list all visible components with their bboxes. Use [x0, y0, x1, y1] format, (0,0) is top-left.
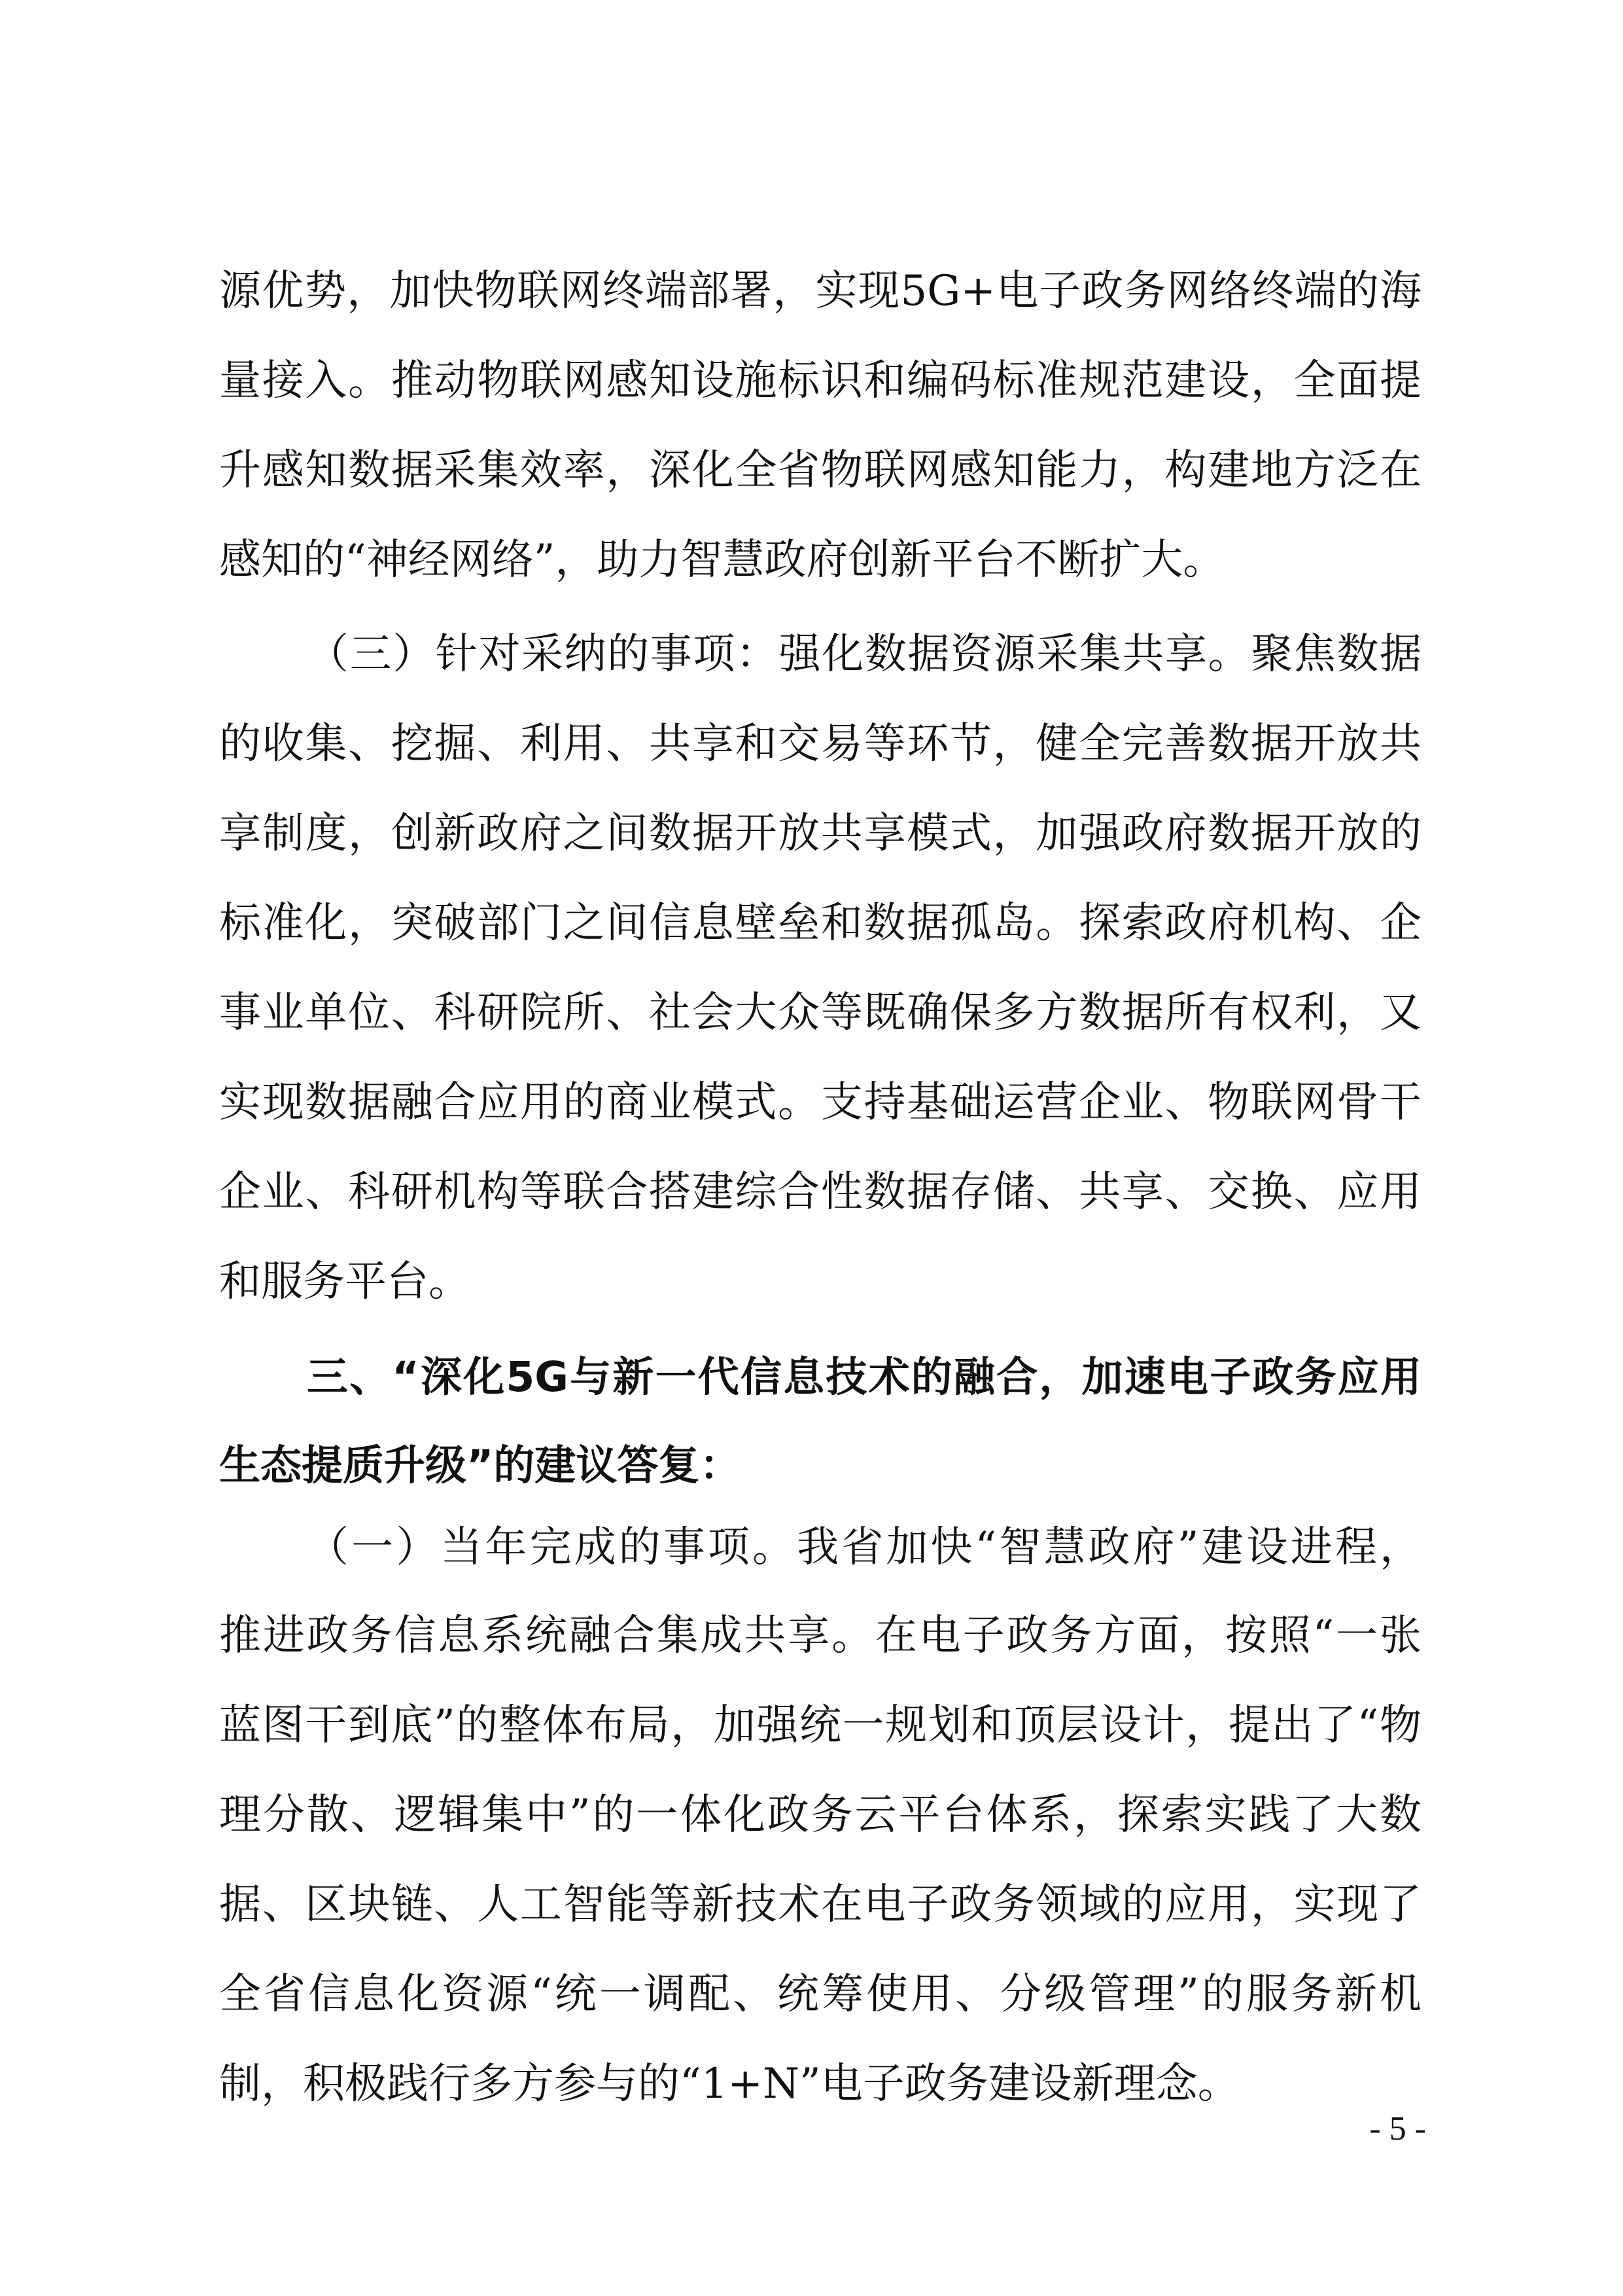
- page-number: - 5 -: [1321, 2108, 1426, 2150]
- paragraph-line: 和服务平台。: [219, 1256, 1422, 1308]
- paragraph-line: 量接入。推动物联网感知设施标识和编码标准规范建设，全面提: [219, 355, 1422, 407]
- section-heading: 三、“深化5G与新一代信息技术的融合，加速电子政务应用: [307, 1351, 1422, 1404]
- paragraph-line: 标准化，突破部门之间信息壁垒和数据孤岛。探索政府机构、企: [219, 897, 1422, 949]
- paragraph-line: 享制度，创新政府之间数据开放共享模式，加强政府数据开放的: [219, 807, 1422, 860]
- paragraph-line: 企业、科研机构等联合搭建综合性数据存储、共享、交换、应用: [219, 1166, 1422, 1218]
- section-heading: 生态提质升级”的建议答复：: [219, 1439, 1422, 1492]
- subsection-heading-line: （一）当年完成的事项。我省加快“智慧政府”建设进程，: [307, 1521, 1422, 1574]
- paragraph-line: 制，积极践行多方参与的“1+N”电子政务建设新理念。: [219, 2058, 1422, 2110]
- paragraph-line: 推进政务信息系统融合集成共享。在电子政务方面，按照“一张: [219, 1610, 1422, 1662]
- paragraph-line: 据、区块链、人工智能等新技术在电子政务领域的应用，实现了: [219, 1879, 1422, 1931]
- document-page: 源优势，加快物联网终端部署，实现5G+电子政务网络终端的海 量接入。推动物联网感…: [0, 0, 1623, 2296]
- paragraph-line: 实现数据融合应用的商业模式。支持基础运营企业、物联网骨干: [219, 1076, 1422, 1129]
- paragraph-line: 升感知数据采集效率，深化全省物联网感知能力，构建地方泛在: [219, 444, 1422, 497]
- paragraph-line: 事业单位、科研院所、社会大众等既确保多方数据所有权利，又: [219, 987, 1422, 1039]
- paragraph-line: 理分散、逻辑集中”的一体化政务云平台体系，探索实践了大数: [219, 1789, 1422, 1841]
- paragraph-line: 蓝图干到底”的整体布局，加强统一规划和顶层设计，提出了“物: [219, 1699, 1422, 1752]
- subsection-heading-line: （三）针对采纳的事项：强化数据资源采集共享。聚焦数据: [307, 628, 1422, 680]
- paragraph-line: 的收集、挖掘、利用、共享和交易等环节，健全完善数据开放共: [219, 718, 1422, 770]
- paragraph-line: 全省信息化资源“统一调配、统筹使用、分级管理”的服务新机: [219, 1968, 1422, 2021]
- paragraph-line: 感知的“神经网络”，助力智慧政府创新平台不断扩大。: [219, 534, 1422, 586]
- paragraph-line: 源优势，加快物联网终端部署，实现5G+电子政务网络终端的海: [219, 265, 1422, 317]
